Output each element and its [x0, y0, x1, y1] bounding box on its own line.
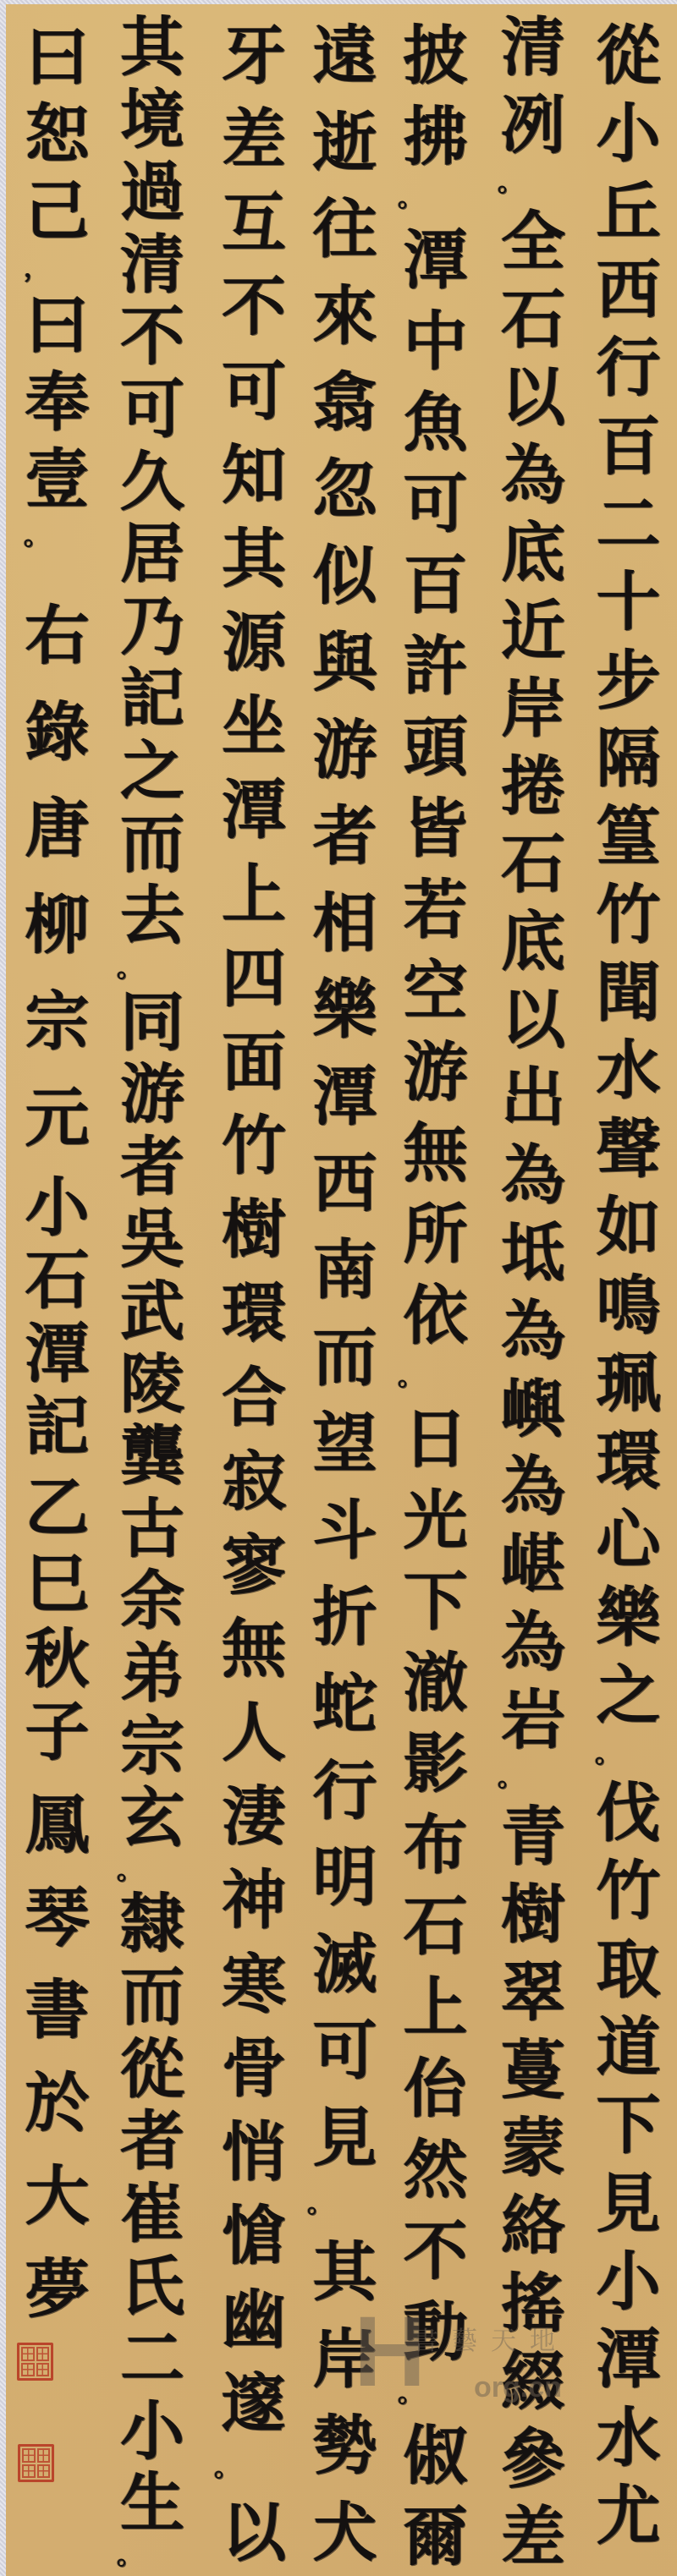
calligraphy-glyph: 水	[597, 1039, 661, 1103]
calligraphy-glyph: 相	[313, 891, 377, 956]
calligraphy-glyph: 石	[404, 1894, 468, 1959]
calligraphy-glyph: 下	[404, 1570, 468, 1634]
punctuation-mark: 。	[398, 1365, 423, 1390]
calligraphy-glyph: 錄	[25, 700, 90, 765]
calligraphy-glyph: 全	[501, 210, 565, 274]
calligraphy-glyph: 唐	[25, 797, 90, 861]
seal-stamp-1	[17, 2343, 53, 2381]
calligraphy-glyph: 影	[404, 1732, 468, 1796]
calligraphy-glyph: 愴	[222, 2204, 286, 2268]
calligraphy-glyph: 絡	[501, 2194, 565, 2258]
calligraphy-glyph: 皆	[404, 797, 468, 861]
calligraphy-glyph: 壹	[25, 447, 90, 512]
calligraphy-glyph: 行	[597, 336, 661, 400]
calligraphy-glyph: 余	[120, 1569, 184, 1633]
calligraphy-glyph: 弟	[120, 1642, 184, 1706]
calligraphy-glyph: 於	[25, 2071, 90, 2135]
calligraphy-glyph: 小	[120, 2399, 184, 2464]
calligraphy-glyph: 從	[597, 24, 661, 88]
calligraphy-glyph: 佁	[404, 2057, 468, 2121]
calligraphy-glyph: 琴	[25, 1886, 90, 1950]
calligraphy-glyph: 依	[404, 1284, 468, 1348]
punctuation-mark: 。	[498, 171, 523, 196]
calligraphy-glyph: 行	[313, 1759, 377, 1823]
calligraphy-glyph: 隸	[120, 1892, 184, 1956]
calligraphy-glyph: 清	[501, 15, 565, 79]
calligraphy-glyph: 鳳	[25, 1793, 90, 1857]
calligraphy-glyph: 其	[222, 527, 286, 591]
calligraphy-glyph: 宗	[25, 989, 90, 1054]
calligraphy-glyph: 之	[597, 1663, 661, 1728]
calligraphy-glyph: 可	[120, 377, 184, 441]
calligraphy-glyph: 而	[120, 812, 184, 876]
calligraphy-glyph: 小	[597, 2250, 661, 2314]
calligraphy-glyph: 見	[313, 2106, 377, 2170]
calligraphy-glyph: 居	[120, 522, 184, 586]
calligraphy-glyph: 聞	[597, 961, 661, 1025]
calligraphy-glyph: 四	[222, 946, 286, 1011]
calligraphy-glyph: 生	[120, 2471, 184, 2535]
date-inscription: 乙巳秋	[17, 1476, 97, 1691]
calligraphy-glyph: 崔	[120, 2182, 184, 2246]
calligraphy-glyph: 石	[25, 1248, 90, 1313]
calligraphy-glyph: 爾	[404, 2505, 468, 2569]
calligraphy-glyph: 石	[501, 288, 565, 352]
calligraphy-glyph: 秋	[25, 1627, 90, 1691]
calligraphy-glyph: 樂	[597, 1586, 661, 1650]
calligraphy-glyph: 竹	[222, 1114, 286, 1178]
calligraphy-glyph: 以	[501, 365, 565, 430]
calligraphy-glyph: 骨	[222, 2036, 286, 2101]
calligraphy-glyph: 望	[313, 1411, 377, 1476]
calligraphy-glyph: 為	[501, 1455, 565, 1519]
seal-glyph	[36, 2363, 50, 2377]
calligraphy-glyph: 隔	[597, 726, 661, 791]
calligraphy-column-4: 遠逝往來翕忽似與游者相樂潭西南而望斗折蛇行明滅可見。其岸勢犬	[300, 24, 389, 2565]
calligraphy-glyph: 右	[25, 604, 90, 668]
calligraphy-glyph: 游	[313, 718, 377, 782]
calligraphy-glyph: 書	[25, 1978, 90, 2042]
calligraphy-glyph: 者	[120, 1135, 184, 1199]
calligraphy-glyph: 奉	[25, 370, 90, 435]
calligraphy-glyph: 岩	[501, 1688, 565, 1752]
calligraphy-glyph: 寂	[222, 1450, 286, 1514]
calligraphy-glyph: 步	[597, 649, 661, 713]
calligraphy-glyph: 心	[597, 1508, 661, 1572]
calligraphy-column-6: 其境過清不可久居乃記之而去。同游者吳武陵龔古余弟宗玄。隸而從者崔氏二小生。	[110, 15, 195, 2569]
seal-glyph	[37, 2464, 51, 2479]
calligraphy-glyph: 百	[404, 553, 468, 617]
calligraphy-glyph: 布	[404, 1813, 468, 1877]
calligraphy-glyph: 恕	[25, 102, 90, 167]
calligraphy-glyph: 二	[597, 492, 661, 556]
calligraphy-glyph: 其	[120, 15, 184, 79]
calligraphy-glyph: 參	[501, 2427, 565, 2491]
calligraphy-glyph: 篁	[597, 804, 661, 869]
calligraphy-glyph: 出	[501, 1066, 565, 1130]
calligraphy-glyph: 為	[501, 443, 565, 507]
calligraphy-glyph: 潭	[404, 228, 468, 293]
calligraphy-glyph: 明	[313, 1845, 377, 1910]
calligraphy-glyph: 寥	[222, 1533, 286, 1598]
calligraphy-glyph: 者	[120, 2109, 184, 2173]
seal-stamp-2	[18, 2444, 54, 2482]
calligraphy-glyph: 小	[25, 1176, 90, 1240]
calligraphy-glyph: 巳	[25, 1552, 90, 1616]
calligraphy-glyph: 西	[597, 258, 661, 322]
punctuation-mark: 。	[117, 2544, 142, 2569]
calligraphy-glyph: 不	[404, 2219, 468, 2283]
calligraphy-glyph: 上	[222, 863, 286, 927]
punctuation-mark: ，	[24, 256, 49, 282]
calligraphy-column-1: 從小丘西行百二十步隔篁竹聞水聲如鳴珮環心樂之。伐竹取道下見小潭水尤	[588, 24, 669, 2548]
calligraphy-glyph: 面	[222, 1030, 286, 1094]
calligraphy-glyph: 氏	[120, 2255, 184, 2319]
calligraphy-glyph: 幽	[222, 2288, 286, 2352]
calligraphy-glyph: 西	[313, 1152, 377, 1216]
calligraphy-glyph: 而	[313, 1325, 377, 1389]
calligraphy-glyph: 與	[313, 631, 377, 695]
calligraphy-glyph: 犬	[313, 2501, 377, 2565]
calligraphy-glyph: 坻	[501, 1221, 565, 1285]
punctuation-mark: 。	[214, 2456, 239, 2481]
calligraphy-glyph: 悄	[222, 2120, 286, 2184]
punctuation-mark: 。	[24, 524, 49, 550]
punctuation-mark: 。	[307, 2192, 333, 2217]
calligraphy-glyph: 拂	[404, 105, 468, 169]
seal-glyph	[22, 2464, 36, 2479]
calligraphy-glyph: 己	[25, 179, 90, 244]
calligraphy-glyph: 樹	[222, 1198, 286, 1262]
calligraphy-glyph: 坐	[222, 694, 286, 759]
calligraphy-column-3: 披拂。潭中魚可百許頭皆若空游無所依。日光下澈影布石上佁然不動。俶爾	[391, 24, 480, 2569]
watermark-url: org.cn	[474, 2373, 562, 2402]
calligraphy-glyph: 夢	[25, 2257, 90, 2321]
calligraphy-glyph: 龔	[120, 1424, 184, 1488]
calligraphy-glyph: 聲	[597, 1117, 661, 1181]
calligraphy-glyph: 過	[120, 160, 184, 224]
calligraphy-glyph: 光	[404, 1488, 468, 1553]
calligraphy-glyph: 空	[404, 959, 468, 1023]
calligraphy-glyph: 見	[597, 2172, 661, 2236]
calligraphy-glyph: 游	[404, 1040, 468, 1104]
calligraphy-glyph: 潭	[222, 778, 286, 842]
punctuation-mark: 。	[117, 1859, 142, 1884]
calligraphy-glyph: 岸	[501, 677, 565, 741]
calligraphy-glyph: 竹	[597, 883, 661, 947]
artist-signature: 子鳳琴書於大夢	[17, 1700, 97, 2321]
calligraphy-glyph: 道	[597, 2015, 661, 2080]
calligraphy-glyph: 樹	[501, 1883, 565, 1947]
calligraphy-glyph: 吳	[120, 1207, 184, 1271]
calligraphy-column-5: 牙差互不可知其源坐潭上四面竹樹環合寂寥無人淒神寒骨悄愴幽邃。以	[207, 24, 300, 2565]
calligraphy-glyph: 源	[222, 611, 286, 675]
calligraphy-glyph: 陵	[120, 1352, 184, 1417]
calligraphy-glyph: 翕	[313, 370, 377, 435]
calligraphy-glyph: 蔓	[501, 2038, 565, 2102]
calligraphy-glyph: 往	[313, 197, 377, 261]
calligraphy-glyph: 以	[222, 2501, 286, 2565]
calligraphy-glyph: 百	[597, 414, 661, 479]
calligraphy-glyph: 遠	[313, 24, 377, 88]
calligraphy-glyph: 柳	[25, 893, 90, 957]
calligraphy-glyph: 取	[597, 1937, 661, 2002]
seal-glyph	[22, 2448, 36, 2463]
calligraphy-glyph: 記	[120, 666, 184, 731]
calligraphy-glyph: 滅	[313, 1932, 377, 1997]
calligraphy-glyph: 邃	[222, 2371, 286, 2436]
calligraphy-glyph: 斗	[313, 1499, 377, 1563]
calligraphy-glyph: 逝	[313, 111, 377, 175]
calligraphy-glyph: 青	[501, 1805, 565, 1869]
calligraphy-glyph: 潭	[313, 1065, 377, 1129]
punctuation-mark: 。	[398, 186, 423, 211]
calligraphy-glyph: 小	[597, 101, 661, 166]
calligraphy-glyph: 同	[120, 990, 184, 1055]
calligraphy-glyph: 去	[120, 884, 184, 948]
calligraphy-glyph: 子	[25, 1700, 90, 1764]
calligraphy-glyph: 頭	[404, 715, 468, 780]
calligraphy-glyph: 差	[222, 107, 286, 172]
calligraphy-glyph: 其	[313, 2240, 377, 2305]
calligraphy-glyph: 下	[597, 2093, 661, 2157]
calligraphy-glyph: 元	[25, 1086, 90, 1150]
calligraphy-glyph: 之	[120, 739, 184, 803]
calligraphy-glyph: 環	[597, 1429, 661, 1494]
calligraphy-glyph: 鳴	[597, 1274, 661, 1338]
calligraphy-glyph: 久	[120, 450, 184, 514]
calligraphy-glyph: 魚	[404, 391, 468, 455]
calligraphy-column-2: 清冽。全石以為底近岸捲石底以出為坻為嶼為嵁為岩。青樹翠蔓蒙絡搖綴參差	[491, 15, 575, 2569]
calligraphy-glyph: 翠	[501, 1960, 565, 2025]
punctuation-mark: 。	[595, 1742, 620, 1768]
calligraphy-glyph: 可	[313, 2019, 377, 2083]
calligraphy-glyph: 披	[404, 24, 468, 88]
calligraphy-glyph: 境	[120, 88, 184, 152]
calligraphy-glyph: 折	[313, 1585, 377, 1649]
calligraphy-glyph: 為	[501, 1299, 565, 1363]
calligraphy-glyph: 牙	[222, 24, 286, 88]
calligraphy-glyph: 以	[501, 988, 565, 1052]
calligraphy-glyph: 神	[222, 1868, 286, 1932]
calligraphy-glyph: 玄	[120, 1786, 184, 1850]
calligraphy-glyph: 蒙	[501, 2116, 565, 2180]
calligraphy-glyph: 古	[120, 1497, 184, 1561]
calligraphy-glyph: 丘	[597, 180, 661, 244]
calligraphy-glyph: 若	[404, 878, 468, 942]
work-title: 小石潭記	[17, 1176, 97, 1459]
calligraphy-glyph: 知	[222, 443, 286, 507]
calligraphy-glyph: 近	[501, 599, 565, 663]
calligraphy-glyph: 記	[25, 1395, 90, 1459]
calligraphy-glyph: 竹	[597, 1859, 661, 1923]
calligraphy-glyph: 從	[120, 2037, 184, 2102]
calligraphy-glyph: 曰	[25, 293, 90, 358]
calligraphy-glyph: 所	[404, 1203, 468, 1267]
calligraphy-glyph: 乃	[120, 595, 184, 659]
calligraphy-glyph: 曰	[25, 25, 90, 90]
calligraphy-glyph: 無	[222, 1617, 286, 1681]
calligraphy-glyph: 南	[313, 1238, 377, 1302]
seal-glyph	[21, 2363, 35, 2377]
calligraphy-glyph: 蛇	[313, 1672, 377, 1736]
calligraphy-glyph: 不	[222, 275, 286, 339]
watermark-text: 書藝天地	[413, 2329, 569, 2354]
calligraphy-glyph: 如	[597, 1195, 661, 1259]
calligraphy-glyph: 捲	[501, 754, 565, 819]
calligraphy-glyph: 互	[222, 191, 286, 255]
calligraphy-glyph: 游	[120, 1062, 184, 1126]
calligraphy-glyph: 十	[597, 570, 661, 634]
calligraphy-glyph: 嶼	[501, 1377, 565, 1441]
calligraphy-glyph: 俶	[404, 2424, 468, 2488]
calligraphy-glyph: 無	[404, 1121, 468, 1186]
calligraphy-glyph: 乙	[25, 1476, 90, 1540]
calligraphy-glyph: 來	[313, 284, 377, 348]
calligraphy-glyph: 上	[404, 1976, 468, 2040]
punctuation-mark: 。	[117, 956, 142, 982]
calligraphy-glyph: 樂	[313, 978, 377, 1042]
calligraphy-glyph: 珮	[597, 1351, 661, 1416]
calligraphy-glyph: 底	[501, 910, 565, 974]
calligraphy-glyph: 可	[404, 472, 468, 536]
calligraphy-glyph: 忽	[313, 458, 377, 522]
calligraphy-glyph: 為	[501, 1143, 565, 1208]
calligraphy-glyph: 者	[313, 804, 377, 869]
calligraphy-glyph: 人	[222, 1701, 286, 1765]
calligraphy-glyph: 許	[404, 634, 468, 699]
calligraphy-glyph: 勢	[313, 2414, 377, 2478]
calligraphy-glyph: 可	[222, 359, 286, 424]
calligraphy-glyph: 二	[120, 2327, 184, 2391]
seal-glyph	[36, 2347, 50, 2361]
calligraphy-glyph: 中	[404, 310, 468, 374]
calligraphy-glyph: 潭	[597, 2327, 661, 2392]
calligraphy-glyph: 澈	[404, 1651, 468, 1715]
calligraphy-glyph: 合	[222, 1366, 286, 1430]
seal-glyph	[21, 2347, 35, 2361]
attribution: 右錄唐柳宗元	[17, 604, 97, 1150]
calligraphy-glyph: 冽	[501, 93, 565, 157]
calligraphy-glyph: 淒	[222, 1784, 286, 1849]
calligraphy-glyph: 水	[597, 2406, 661, 2470]
calligraphy-glyph: 底	[501, 521, 565, 585]
calligraphy-glyph: 為	[501, 1610, 565, 1674]
calligraphy-glyph: 石	[501, 832, 565, 896]
calligraphy-glyph: 日	[404, 1407, 468, 1472]
closing-line: 曰恕己，曰奉壹。	[17, 25, 97, 550]
calligraphy-glyph: 尤	[597, 2484, 661, 2548]
calligraphy-glyph: 不	[120, 304, 184, 369]
calligraphy-glyph: 而	[120, 1965, 184, 2029]
punctuation-mark: 。	[498, 1766, 523, 1791]
calligraphy-glyph: 似	[313, 544, 377, 608]
calligraphy-glyph: 大	[25, 2164, 90, 2228]
calligraphy-glyph: 差	[501, 2505, 565, 2569]
calligraphy-glyph: 清	[120, 233, 184, 297]
calligraphy-glyph: 宗	[120, 1714, 184, 1779]
calligraphy-glyph: 寒	[222, 1953, 286, 2017]
calligraphy-glyph: 嵁	[501, 1532, 565, 1597]
calligraphy-glyph: 環	[222, 1281, 286, 1346]
seal-glyph	[37, 2448, 51, 2463]
calligraphy-glyph: 武	[120, 1280, 184, 1344]
calligraphy-glyph: 然	[404, 2138, 468, 2202]
calligraphy-glyph: 伐	[597, 1781, 661, 1845]
calligraphy-glyph: 潭	[25, 1322, 90, 1386]
